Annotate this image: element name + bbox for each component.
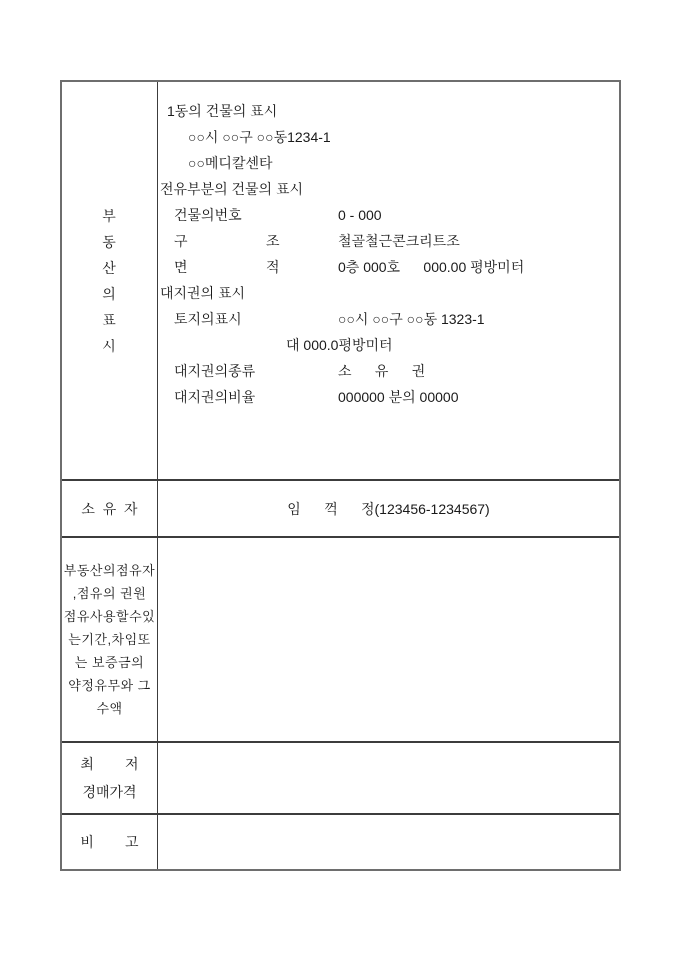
- property-description-content: 1동의 건물의 표시 ○○시 ○○구 ○○동1234-1 ○○메디칼센타 전유부…: [158, 82, 619, 479]
- land-area-value: 대 000.0평방미터: [286, 332, 393, 358]
- building-number-label: 건물의번호: [174, 202, 242, 228]
- building-number-line: 건물의번호 0 - 000: [158, 202, 619, 228]
- occupant-row: 부동산의점유자 ,점유의 권원 점유사용할수있 는기간,차임또 는 보증금의 약…: [62, 538, 619, 743]
- structure-label-2: 조: [266, 228, 280, 254]
- structure-value: 철골철근콘크리트조: [338, 228, 460, 254]
- occupant-value: [158, 538, 619, 741]
- remarks-row: 비 고: [62, 815, 619, 869]
- land-right-type-label: 대지권의종류: [174, 358, 255, 384]
- area-label-2: 적: [266, 254, 280, 280]
- occupant-label: 부동산의점유자 ,점유의 권원 점유사용할수있 는기간,차임또 는 보증금의 약…: [62, 538, 158, 741]
- land-right-type-value: 소 유 권: [338, 358, 425, 384]
- auction-property-table: 부 동 산 의 표 시 1동의 건물의 표시 ○○시 ○○구 ○○동1234-1…: [60, 80, 621, 871]
- land-description-value: ○○시 ○○구 ○○동 1323-1: [338, 306, 485, 332]
- exclusive-part-heading: 전유부분의 건물의 표시: [160, 176, 303, 202]
- owner-value: 임 꺽 정(123456-1234567): [158, 481, 619, 536]
- land-right-ratio-label: 대지권의비율: [174, 384, 255, 410]
- remarks-label: 비 고: [62, 815, 158, 869]
- remarks-value: [158, 815, 619, 869]
- land-right-ratio-line: 대지권의비율 000000 분의 00000: [158, 384, 619, 410]
- land-description-line: 토지의표시 ○○시 ○○구 ○○동 1323-1: [158, 306, 619, 332]
- owner-label: 소 유 자: [62, 481, 158, 536]
- land-right-type-line: 대지권의종류 소 유 권: [158, 358, 619, 384]
- building-group-heading: 1동의 건물의 표시: [167, 98, 277, 124]
- land-right-ratio-value: 000000 분의 00000: [338, 384, 458, 410]
- structure-line: 구 조 철골철근콘크리트조: [158, 228, 619, 254]
- building-address: ○○시 ○○구 ○○동1234-1: [188, 124, 331, 150]
- area-value: 0층 000호 000.00 평방미터: [338, 254, 524, 280]
- land-right-heading: 대지권의 표시: [160, 280, 245, 306]
- area-line: 면 적 0층 000호 000.00 평방미터: [158, 254, 619, 280]
- property-description-row: 부 동 산 의 표 시 1동의 건물의 표시 ○○시 ○○구 ○○동1234-1…: [62, 82, 619, 481]
- minimum-price-row: 최 저 경매가격: [62, 743, 619, 815]
- structure-label-1: 구: [174, 228, 188, 254]
- area-label-1: 면: [174, 254, 188, 280]
- minimum-price-value: [158, 743, 619, 813]
- building-name: ○○메디칼센타: [188, 150, 273, 176]
- property-description-label: 부 동 산 의 표 시: [62, 82, 158, 479]
- land-description-label: 토지의표시: [174, 306, 242, 332]
- minimum-price-label: 최 저 경매가격: [62, 743, 158, 813]
- document-page: { "colors": { "border_outer": "#6e6e6e",…: [0, 0, 680, 962]
- building-number-value: 0 - 000: [338, 202, 382, 228]
- owner-row: 소 유 자 임 꺽 정(123456-1234567): [62, 481, 619, 538]
